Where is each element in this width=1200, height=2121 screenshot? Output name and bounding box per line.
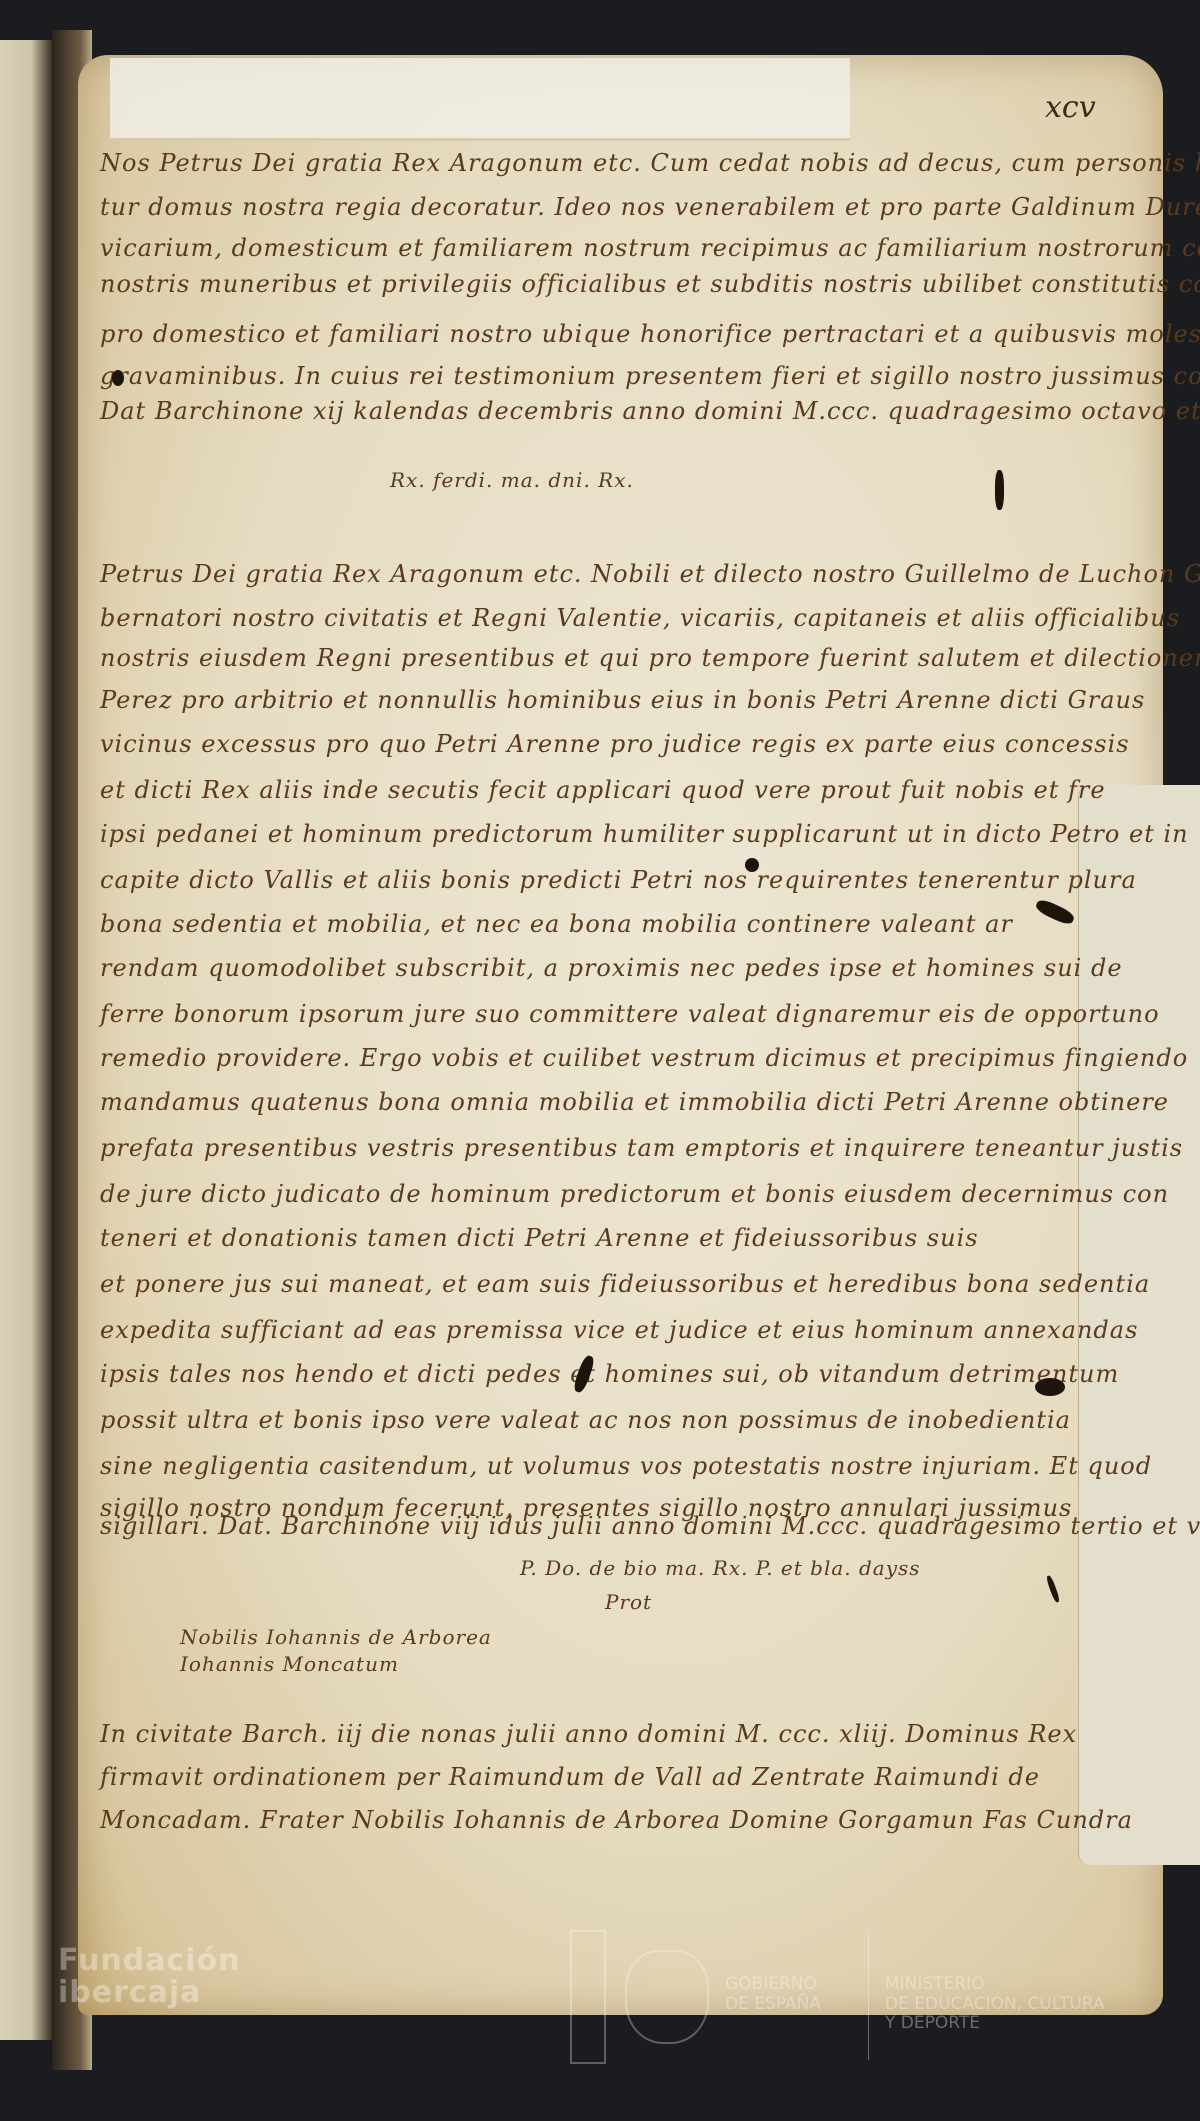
signature-line: Prot xyxy=(605,1590,652,1614)
letter-2-line: capite dicto Vallis et aliis bonis predi… xyxy=(100,866,1137,894)
letter-2-line: vicinus excessus pro quo Petri Arenne pr… xyxy=(100,730,1130,758)
letter-2-line: sine negligentia casitendum, ut volumus … xyxy=(100,1452,1152,1480)
letter-1-line: Nos Petrus Dei gratia Rex Aragonum etc. … xyxy=(100,149,1200,177)
watermark-text: GOBIERNO xyxy=(725,1975,821,1995)
ink-blot xyxy=(995,470,1004,510)
watermark-text: DE ESPAÑA xyxy=(725,1995,821,2015)
letter-2-line: remedio providere. Ergo vobis et cuilibe… xyxy=(100,1044,1188,1072)
record-entry-line: Moncadam. Frater Nobilis Iohannis de Arb… xyxy=(100,1806,1133,1834)
letter-2-line: prefata presentibus vestris presentibus … xyxy=(100,1134,1183,1162)
letter-1-line: pro domestico et familiari nostro ubique… xyxy=(100,320,1200,348)
watermark-text: ibercaja xyxy=(58,1977,240,2009)
letter-2-line: Perez pro arbitrio et nonnullis hominibu… xyxy=(100,686,1145,714)
letter-1-line: gravaminibus. In cuius rei testimonium p… xyxy=(100,362,1200,390)
registry-note-1-line: Rx. ferdi. ma. dni. Rx. xyxy=(390,468,634,492)
letter-2-line: Petrus Dei gratia Rex Aragonum etc. Nobi… xyxy=(100,560,1200,588)
record-entry-line: In civitate Barch. iij die nonas julii a… xyxy=(100,1720,1077,1748)
spain-coat-of-arms-icon xyxy=(625,1950,709,2044)
letter-2-line: teneri et donationis tamen dicti Petri A… xyxy=(100,1224,979,1252)
ink-blot xyxy=(112,370,124,386)
letter-2-line: mandamus quatenus bona omnia mobilia et … xyxy=(100,1088,1169,1116)
ink-blot xyxy=(1035,1378,1065,1396)
letter-2-line: possit ultra et bonis ipso vere valeat a… xyxy=(100,1406,1071,1434)
letter-1-line: Dat Barchinone xij kalendas decembris an… xyxy=(100,397,1200,425)
letter-2-line: ferre bonorum ipsorum jure suo committer… xyxy=(100,1000,1160,1028)
watermark-text: MINISTERIO xyxy=(885,1975,1105,1995)
letter-2-line: et dicti Rex aliis inde secutis fecit ap… xyxy=(100,776,1106,804)
watermark-text: DE EDUCACIÓN, CULTURA xyxy=(885,1995,1105,2015)
letter-2-line: de jure dicto judicato de hominum predic… xyxy=(100,1180,1169,1208)
letter-2-line: nostris eiusdem Regni presentibus et qui… xyxy=(100,644,1200,672)
watermark-text: Fundación xyxy=(58,1945,240,1977)
letter-2-line: ipsi pedanei et hominum predictorum humi… xyxy=(100,820,1189,848)
watermark-divider xyxy=(868,1930,869,2060)
letter-2-line: ipsis tales nos hendo et dicti pedes et … xyxy=(100,1360,1119,1388)
signature-line: P. Do. de bio ma. Rx. P. et bla. dayss xyxy=(520,1556,921,1580)
margin-note-line: Iohannis Moncatum xyxy=(180,1652,399,1676)
letter-2-line: expedita sufficiant ad eas premissa vice… xyxy=(100,1316,1138,1344)
paper-repair-strip xyxy=(110,58,850,141)
folio-number: xcv xyxy=(1045,90,1096,125)
facing-page-edge xyxy=(0,40,52,2040)
record-entry-line: firmavit ordinationem per Raimundum de V… xyxy=(100,1763,1040,1791)
spain-flag-icon xyxy=(570,1930,606,2064)
gobierno-watermark: GOBIERNO DE ESPAÑA xyxy=(725,1975,821,2014)
watermark-text: Y DEPORTE xyxy=(885,2014,1105,2034)
letter-2-line: bernatori nostro civitatis et Regni Vale… xyxy=(100,604,1180,632)
ministerio-watermark: MINISTERIO DE EDUCACIÓN, CULTURA Y DEPOR… xyxy=(885,1975,1105,2034)
letter-2-line: bona sedentia et mobilia, et nec ea bona… xyxy=(100,910,1013,938)
letter-2-line: sigillari. Dat. Barchinone viij idus jul… xyxy=(100,1512,1200,1540)
letter-2-line: et ponere jus sui maneat, et eam suis fi… xyxy=(100,1270,1150,1298)
fundacion-ibercaja-watermark: Fundación ibercaja xyxy=(58,1945,240,2008)
letter-2-line: rendam quomodolibet subscribit, a proxim… xyxy=(100,954,1123,982)
letter-1-line: vicarium, domesticum et familiarem nostr… xyxy=(100,234,1200,262)
ink-blot xyxy=(745,858,759,872)
letter-1-line: nostris muneribus et privilegiis officia… xyxy=(100,270,1200,298)
margin-note-line: Nobilis Iohannis de Arborea xyxy=(180,1625,492,1649)
letter-1-line: tur domus nostra regia decoratur. Ideo n… xyxy=(100,193,1200,221)
